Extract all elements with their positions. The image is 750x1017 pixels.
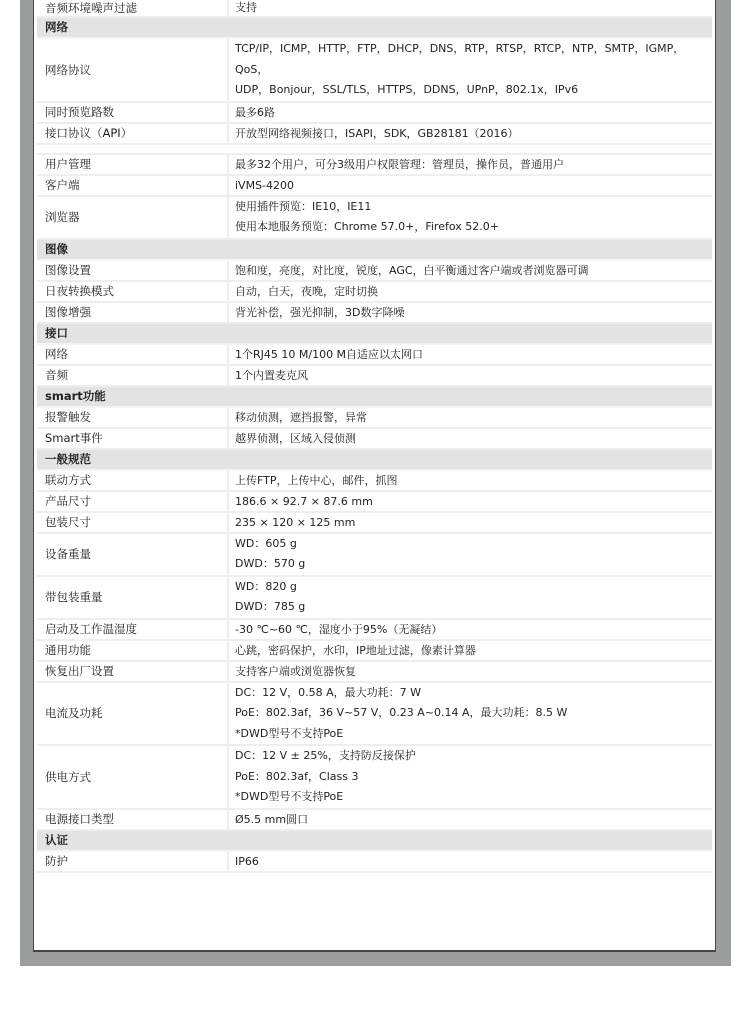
table-row: 启动及工作温湿度-30 ℃~60 ℃，湿度小于95%（无凝结） bbox=[37, 620, 712, 641]
section-header: 一般规范 bbox=[37, 450, 712, 471]
spec-value-line: UDP，Bonjour，SSL/TLS，HTTPS，DDNS，UPnP，802.… bbox=[235, 80, 712, 101]
spec-value: 最多32个用户，可分3级用户权限管理：管理员，操作员，普通用户 bbox=[229, 155, 712, 174]
spec-value: DC：12 V ± 25%，支持防反接保护PoE：802.3af，Class 3… bbox=[229, 746, 712, 808]
spec-value-line: 上传FTP，上传中心，邮件，抓图 bbox=[235, 471, 712, 490]
spec-value: 饱和度，亮度，对比度，锐度，AGC，白平衡通过客户端或者浏览器可调 bbox=[229, 261, 712, 280]
spec-label: 图像设置 bbox=[37, 261, 229, 280]
table-row: 联动方式上传FTP，上传中心，邮件，抓图 bbox=[37, 471, 712, 492]
table-row: 音频1个内置麦克风 bbox=[37, 366, 712, 387]
spec-value: DC：12 V，0.58 A，最大功耗：7 WPoE：802.3af，36 V~… bbox=[229, 683, 712, 745]
spec-value-line: iVMS-4200 bbox=[235, 176, 712, 195]
spec-value-line: DWD：570 g bbox=[235, 554, 712, 575]
spec-value: Ø5.5 mm圆口 bbox=[229, 810, 712, 829]
spec-value-line: 235 × 120 × 125 mm bbox=[235, 513, 712, 532]
spec-value-line: 自动，白天，夜晚，定时切换 bbox=[235, 282, 712, 301]
spec-value-line: DC：12 V，0.58 A，最大功耗：7 W bbox=[235, 683, 712, 704]
spec-value-line: DWD：785 g bbox=[235, 597, 712, 618]
spec-value-line: IP66 bbox=[235, 852, 712, 871]
spec-value: WD：605 gDWD：570 g bbox=[229, 534, 712, 575]
spec-value-line: PoE：802.3af，Class 3 bbox=[235, 767, 712, 788]
spec-label: 浏览器 bbox=[37, 197, 229, 238]
spec-label: 日夜转换模式 bbox=[37, 282, 229, 301]
spec-value-line: TCP/IP，ICMP，HTTP，FTP，DHCP，DNS，RTP，RTSP，R… bbox=[235, 39, 712, 80]
spec-label: Smart事件 bbox=[37, 429, 229, 448]
spec-value-line: WD：820 g bbox=[235, 577, 712, 598]
table-row: 网络1个RJ45 10 M/100 M自适应以太网口 bbox=[37, 345, 712, 366]
spec-value: iVMS-4200 bbox=[229, 176, 712, 195]
spec-label: 接口协议（API） bbox=[37, 124, 229, 143]
table-spacer bbox=[37, 145, 712, 155]
spec-value-line: *DWD型号不支持PoE bbox=[235, 787, 712, 808]
spec-value: 支持客户端或浏览器恢复 bbox=[229, 662, 712, 681]
spec-value: 开放型网络视频接口，ISAPI，SDK，GB28181（2016） bbox=[229, 124, 712, 143]
spec-label: 启动及工作温湿度 bbox=[37, 620, 229, 639]
section-header: 图像 bbox=[37, 240, 712, 261]
spec-label: 用户管理 bbox=[37, 155, 229, 174]
spec-value-line: 1个RJ45 10 M/100 M自适应以太网口 bbox=[235, 345, 712, 364]
spec-value-line: 使用插件预览：IE10，IE11 bbox=[235, 197, 712, 218]
table-row: 图像设置饱和度，亮度，对比度，锐度，AGC，白平衡通过客户端或者浏览器可调 bbox=[37, 261, 712, 282]
spec-label: 电源接口类型 bbox=[37, 810, 229, 829]
spec-value-line: PoE：802.3af，36 V~57 V，0.23 A~0.14 A，最大功耗… bbox=[235, 703, 712, 724]
table-row: 音频环境噪声过滤支持 bbox=[37, 0, 712, 18]
section-header: 认证 bbox=[37, 831, 712, 852]
spec-label: 恢复出厂设置 bbox=[37, 662, 229, 681]
table-row: 图像增强背光补偿，强光抑制，3D数字降噪 bbox=[37, 303, 712, 324]
spec-value: IP66 bbox=[229, 852, 712, 871]
spec-label: 产品尺寸 bbox=[37, 492, 229, 511]
spec-value-line: DC：12 V ± 25%，支持防反接保护 bbox=[235, 746, 712, 767]
spec-label: 音频环境噪声过滤 bbox=[37, 0, 229, 16]
spec-value: 支持 bbox=[229, 0, 712, 16]
spec-label: 联动方式 bbox=[37, 471, 229, 490]
spec-value-line: 最多32个用户，可分3级用户权限管理：管理员，操作员，普通用户 bbox=[235, 155, 712, 174]
spec-label: 电流及功耗 bbox=[37, 683, 229, 745]
spec-table: 音频环境噪声过滤支持网络网络协议TCP/IP，ICMP，HTTP，FTP，DHC… bbox=[37, 0, 712, 873]
spec-label: 防护 bbox=[37, 852, 229, 871]
section-header: 接口 bbox=[37, 324, 712, 345]
spec-value-line: 越界侦测，区域入侵侦测 bbox=[235, 429, 712, 448]
spec-value-line: WD：605 g bbox=[235, 534, 712, 555]
spec-label: 图像增强 bbox=[37, 303, 229, 322]
table-row: 日夜转换模式自动，白天，夜晚，定时切换 bbox=[37, 282, 712, 303]
spec-label: 供电方式 bbox=[37, 746, 229, 808]
spec-sheet-panel: 音频环境噪声过滤支持网络网络协议TCP/IP，ICMP，HTTP，FTP，DHC… bbox=[33, 0, 716, 952]
spec-value: TCP/IP，ICMP，HTTP，FTP，DHCP，DNS，RTP，RTSP，R… bbox=[229, 39, 712, 101]
spec-value: 使用插件预览：IE10，IE11使用本地服务预览：Chrome 57.0+，Fi… bbox=[229, 197, 712, 238]
table-row: 网络协议TCP/IP，ICMP，HTTP，FTP，DHCP，DNS，RTP，RT… bbox=[37, 39, 712, 103]
spec-label: 带包装重量 bbox=[37, 577, 229, 618]
spec-label: 通用功能 bbox=[37, 641, 229, 660]
spec-value: 移动侦测，遮挡报警，异常 bbox=[229, 408, 712, 427]
spec-value-line: 支持客户端或浏览器恢复 bbox=[235, 662, 712, 681]
spec-value: -30 ℃~60 ℃，湿度小于95%（无凝结） bbox=[229, 620, 712, 639]
spec-value: 背光补偿，强光抑制，3D数字降噪 bbox=[229, 303, 712, 322]
spec-value-line: 最多6路 bbox=[235, 103, 712, 122]
table-row: 供电方式DC：12 V ± 25%，支持防反接保护PoE：802.3af，Cla… bbox=[37, 746, 712, 810]
table-row: 浏览器使用插件预览：IE10，IE11使用本地服务预览：Chrome 57.0+… bbox=[37, 197, 712, 240]
table-row: 接口协议（API）开放型网络视频接口，ISAPI，SDK，GB28181（201… bbox=[37, 124, 712, 145]
table-row: 电流及功耗DC：12 V，0.58 A，最大功耗：7 WPoE：802.3af，… bbox=[37, 683, 712, 747]
spec-label: 网络协议 bbox=[37, 39, 229, 101]
section-header: smart功能 bbox=[37, 387, 712, 408]
table-row: 产品尺寸186.6 × 92.7 × 87.6 mm bbox=[37, 492, 712, 513]
table-row: 恢复出厂设置支持客户端或浏览器恢复 bbox=[37, 662, 712, 683]
table-row: 同时预览路数最多6路 bbox=[37, 103, 712, 124]
spec-label: 客户端 bbox=[37, 176, 229, 195]
table-row: 电源接口类型Ø5.5 mm圆口 bbox=[37, 810, 712, 831]
spec-value: 1个RJ45 10 M/100 M自适应以太网口 bbox=[229, 345, 712, 364]
spec-value: 心跳，密码保护，水印，IP地址过滤，像素计算器 bbox=[229, 641, 712, 660]
spec-value-line: 1个内置麦克风 bbox=[235, 366, 712, 385]
section-header: 网络 bbox=[37, 18, 712, 39]
spec-value-line: 心跳，密码保护，水印，IP地址过滤，像素计算器 bbox=[235, 641, 712, 660]
spec-label: 设备重量 bbox=[37, 534, 229, 575]
table-row: Smart事件越界侦测，区域入侵侦测 bbox=[37, 429, 712, 450]
spec-value: 自动，白天，夜晚，定时切换 bbox=[229, 282, 712, 301]
spec-value-line: 移动侦测，遮挡报警，异常 bbox=[235, 408, 712, 427]
spec-value: 越界侦测，区域入侵侦测 bbox=[229, 429, 712, 448]
spec-label: 同时预览路数 bbox=[37, 103, 229, 122]
spec-label: 报警触发 bbox=[37, 408, 229, 427]
spec-label: 网络 bbox=[37, 345, 229, 364]
spec-value-line: -30 ℃~60 ℃，湿度小于95%（无凝结） bbox=[235, 620, 712, 639]
table-row: 报警触发移动侦测，遮挡报警，异常 bbox=[37, 408, 712, 429]
spec-value-line: Ø5.5 mm圆口 bbox=[235, 810, 712, 829]
spec-value-line: 支持 bbox=[235, 1, 712, 15]
spec-value: 上传FTP，上传中心，邮件，抓图 bbox=[229, 471, 712, 490]
spec-label: 包装尺寸 bbox=[37, 513, 229, 532]
spec-value: 235 × 120 × 125 mm bbox=[229, 513, 712, 532]
spec-value-line: 开放型网络视频接口，ISAPI，SDK，GB28181（2016） bbox=[235, 124, 712, 143]
table-row: 设备重量WD：605 gDWD：570 g bbox=[37, 534, 712, 577]
table-row: 客户端iVMS-4200 bbox=[37, 176, 712, 197]
spec-value: WD：820 gDWD：785 g bbox=[229, 577, 712, 618]
spec-value-line: 186.6 × 92.7 × 87.6 mm bbox=[235, 492, 712, 511]
page-frame: 音频环境噪声过滤支持网络网络协议TCP/IP，ICMP，HTTP，FTP，DHC… bbox=[20, 0, 731, 966]
spec-value-line: *DWD型号不支持PoE bbox=[235, 724, 712, 745]
spec-value-line: 使用本地服务预览：Chrome 57.0+，Firefox 52.0+ bbox=[235, 217, 712, 238]
spec-value-line: 背光补偿，强光抑制，3D数字降噪 bbox=[235, 303, 712, 322]
table-row: 通用功能心跳，密码保护，水印，IP地址过滤，像素计算器 bbox=[37, 641, 712, 662]
table-row: 包装尺寸235 × 120 × 125 mm bbox=[37, 513, 712, 534]
spec-label: 音频 bbox=[37, 366, 229, 385]
table-row: 用户管理最多32个用户，可分3级用户权限管理：管理员，操作员，普通用户 bbox=[37, 155, 712, 176]
spec-value: 186.6 × 92.7 × 87.6 mm bbox=[229, 492, 712, 511]
spec-value: 1个内置麦克风 bbox=[229, 366, 712, 385]
table-row: 防护IP66 bbox=[37, 852, 712, 873]
table-row: 带包装重量WD：820 gDWD：785 g bbox=[37, 577, 712, 620]
spec-value: 最多6路 bbox=[229, 103, 712, 122]
spec-value-line: 饱和度，亮度，对比度，锐度，AGC，白平衡通过客户端或者浏览器可调 bbox=[235, 261, 712, 280]
